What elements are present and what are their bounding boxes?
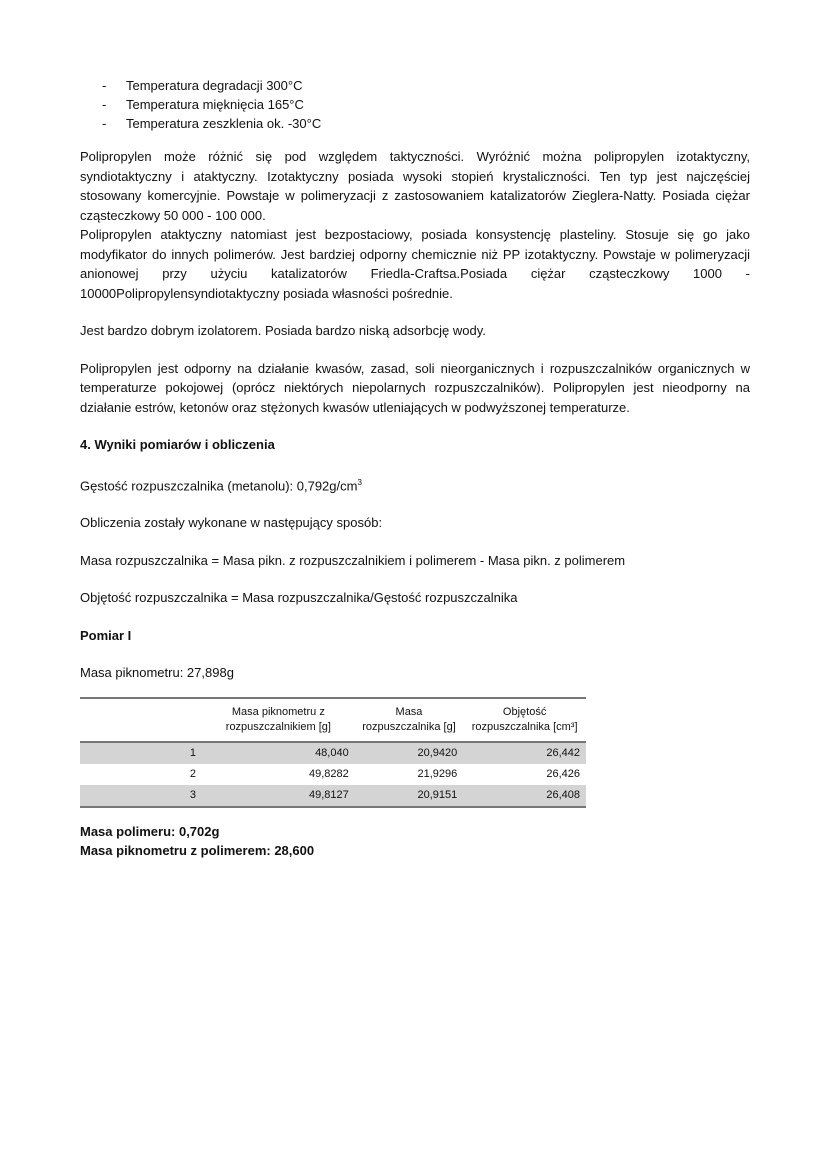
table-row: 1 48,040 20,9420 26,442: [80, 742, 586, 764]
pycnometer-with-polymer: Masa piknometru z polimerem: 28,600: [80, 841, 750, 860]
paragraph-odpornosc: Polipropylen jest odporny na działanie k…: [80, 359, 750, 418]
header-index: [80, 698, 202, 742]
document-page: Temperatura degradacji 300°C Temperatura…: [80, 76, 750, 860]
density-superscript: 3: [357, 478, 361, 487]
paragraph-ataktyczny: Polipropylen ataktyczny natomiast jest b…: [80, 225, 750, 303]
header-solvent-volume: Objętość rozpuszczalnika [cm³]: [463, 698, 586, 742]
list-item: Temperatura mięknięcia 165°C: [102, 95, 750, 114]
summary-block: Masa polimeru: 0,702g Masa piknometru z …: [80, 822, 750, 860]
temperature-list: Temperatura degradacji 300°C Temperatura…: [80, 76, 750, 133]
formula-solvent-mass: Masa rozpuszczalnika = Masa pikn. z rozp…: [80, 551, 750, 571]
density-text: Gęstość rozpuszczalnika (metanolu): 0,79…: [80, 478, 357, 493]
results-table: Masa piknometru z rozpuszczalnikiem [g] …: [80, 697, 586, 808]
calc-intro: Obliczenia zostały wykonane w następując…: [80, 513, 750, 533]
header-pycnometer-solvent: Masa piknometru z rozpuszczalnikiem [g]: [202, 698, 355, 742]
table-row: 2 49,8282 21,9296 26,426: [80, 764, 586, 785]
list-item: Temperatura degradacji 300°C: [102, 76, 750, 95]
header-solvent-mass: Masa rozpuszczalnika [g]: [355, 698, 464, 742]
paragraph-izolator: Jest bardzo dobrym izolatorem. Posiada b…: [80, 321, 750, 341]
section-heading: 4. Wyniki pomiarów i obliczenia: [80, 435, 750, 455]
list-item: Temperatura zeszklenia ok. -30°C: [102, 114, 750, 133]
table-header-row: Masa piknometru z rozpuszczalnikiem [g] …: [80, 698, 586, 742]
table-row: 3 49,8127 20,9151 26,408: [80, 785, 586, 807]
polymer-mass: Masa polimeru: 0,702g: [80, 822, 750, 841]
density-line: Gęstość rozpuszczalnika (metanolu): 0,79…: [80, 473, 750, 496]
measurement-title: Pomiar I: [80, 626, 750, 646]
paragraph-taktycznosc: Polipropylen może różnić się pod względe…: [80, 147, 750, 225]
pycnometer-mass: Masa piknometru: 27,898g: [80, 663, 750, 683]
formula-solvent-volume: Objętość rozpuszczalnika = Masa rozpuszc…: [80, 588, 750, 608]
